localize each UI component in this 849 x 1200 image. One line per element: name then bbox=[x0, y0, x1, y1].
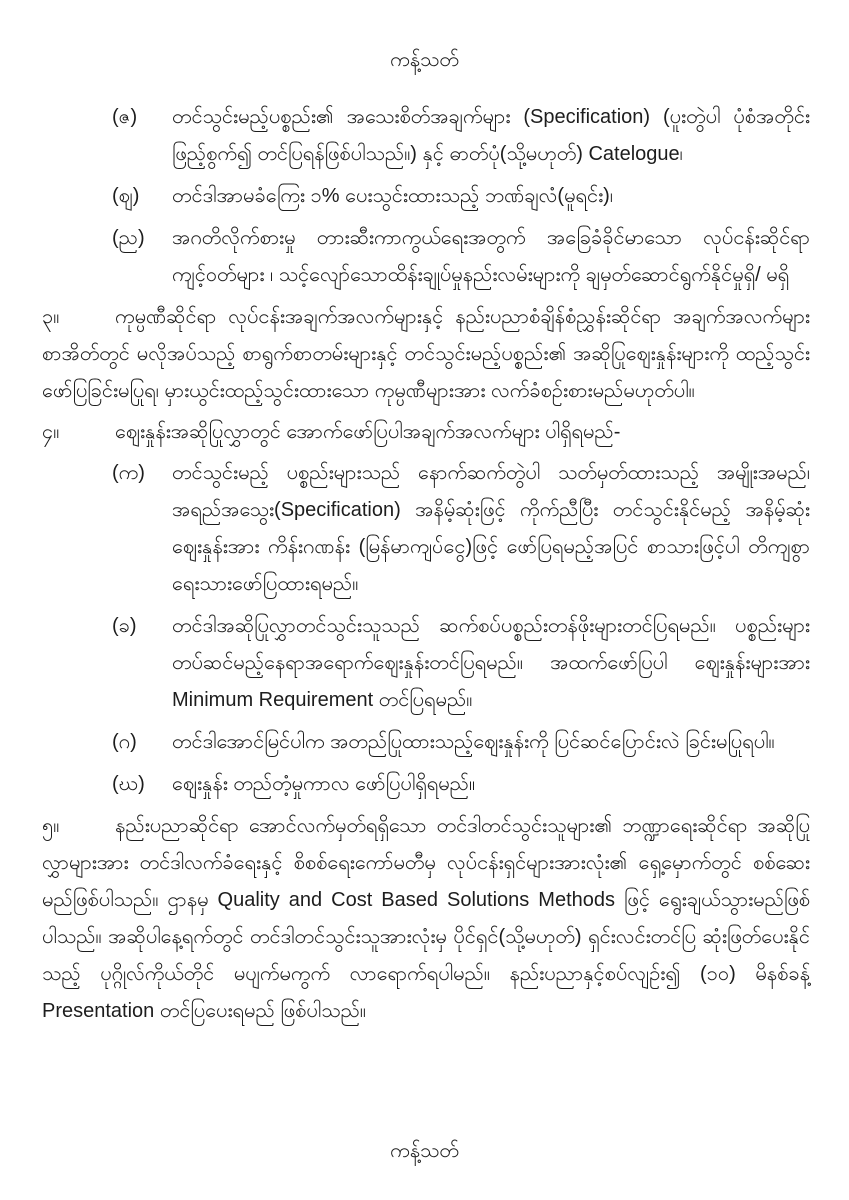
list-item-label: (ဇ) bbox=[112, 99, 172, 173]
list-item-za: (ဇ) တင်သွင်းမည့်ပစ္စည်း၏ အသေးစိတ်အချက်မျ… bbox=[112, 99, 810, 173]
paragraph-number: ၄။ bbox=[42, 414, 115, 451]
list-item-ga: (ဂ) တင်ဒါအောင်မြင်ပါက အတည်ပြုထားသည့်ဈေးန… bbox=[112, 724, 810, 761]
classification-footer: ကန့်သတ် bbox=[0, 1133, 849, 1170]
list-item-text: တင်ဒါအဆိုပြုလွှာတင်သွင်းသူသည် ဆက်စပ်ပစ္စ… bbox=[172, 608, 810, 719]
list-item-text: တင်ဒါအောင်မြင်ပါက အတည်ပြုထားသည့်ဈေးနှုန်… bbox=[172, 724, 810, 761]
list-item-text: တင်ဒါအာမခံကြေး ၁% ပေးသွင်းထားသည့် ဘဏ်ချလ… bbox=[172, 178, 810, 215]
list-item-text: တင်သွင်းမည့်ပစ္စည်း၏ အသေးစိတ်အချက်များ (… bbox=[172, 99, 810, 173]
document-body: (ဇ) တင်သွင်းမည့်ပစ္စည်း၏ အသေးစိတ်အချက်မျ… bbox=[0, 79, 849, 1030]
list-item-text: ဈေးနှုန်း တည်တံ့မှုကာလ ဖော်ပြပါရှိရမည်။ bbox=[172, 766, 810, 803]
list-item-label: (ခ) bbox=[112, 608, 172, 719]
paragraph-text: ဈေးနှုန်းအဆိုပြုလွှာတွင် အောက်ဖော်ပြပါအခ… bbox=[115, 421, 620, 443]
paragraph-text: ကုမ္ပဏီဆိုင်ရာ လုပ်ငန်းအချက်အလက်များနှင့… bbox=[42, 306, 810, 402]
list-item-label: (ဃ) bbox=[112, 766, 172, 803]
list-item-nya: (ည) အဂတိလိုက်စားမှု တားဆီးကာကွယ်ရေးအတွက်… bbox=[112, 220, 810, 294]
list-item-text: တင်သွင်းမည့် ပစ္စည်းများသည် နောက်ဆက်တွဲပ… bbox=[172, 455, 810, 603]
paragraph-number: ၃။ bbox=[42, 299, 115, 336]
list-item-sa: (ဈ) တင်ဒါအာမခံကြေး ၁% ပေးသွင်းထားသည့် ဘဏ… bbox=[112, 178, 810, 215]
paragraph-3: ၃။ကုမ္ပဏီဆိုင်ရာ လုပ်ငန်းအချက်အလက်များနှ… bbox=[42, 299, 810, 410]
document-page: ကန့်သတ် (ဇ) တင်သွင်းမည့်ပစ္စည်း၏ အသေးစိတ… bbox=[0, 0, 849, 1200]
classification-header: ကန့်သတ် bbox=[0, 0, 849, 79]
paragraph-4: ၄။ဈေးနှုန်းအဆိုပြုလွှာတွင် အောက်ဖော်ပြပါ… bbox=[42, 414, 810, 451]
list-item-label: (ည) bbox=[112, 220, 172, 294]
list-item-label: (က) bbox=[112, 455, 172, 603]
list-item-text: အဂတိလိုက်စားမှု တားဆီးကာကွယ်ရေးအတွက် အခြ… bbox=[172, 220, 810, 294]
list-item-label: (ဈ) bbox=[112, 178, 172, 215]
paragraph-number: ၅။ bbox=[42, 808, 115, 845]
paragraph-5: ၅။နည်းပညာဆိုင်ရာ အောင်လက်မှတ်ရရှိသော တင်… bbox=[42, 808, 810, 1030]
list-item-ka: (က) တင်သွင်းမည့် ပစ္စည်းများသည် နောက်ဆက်… bbox=[112, 455, 810, 603]
list-item-gha: (ဃ) ဈေးနှုန်း တည်တံ့မှုကာလ ဖော်ပြပါရှိရမ… bbox=[112, 766, 810, 803]
list-item-kha: (ခ) တင်ဒါအဆိုပြုလွှာတင်သွင်းသူသည် ဆက်စပ်… bbox=[112, 608, 810, 719]
paragraph-text: နည်းပညာဆိုင်ရာ အောင်လက်မှတ်ရရှိသော တင်ဒါ… bbox=[42, 815, 810, 1022]
list-item-label: (ဂ) bbox=[112, 724, 172, 761]
